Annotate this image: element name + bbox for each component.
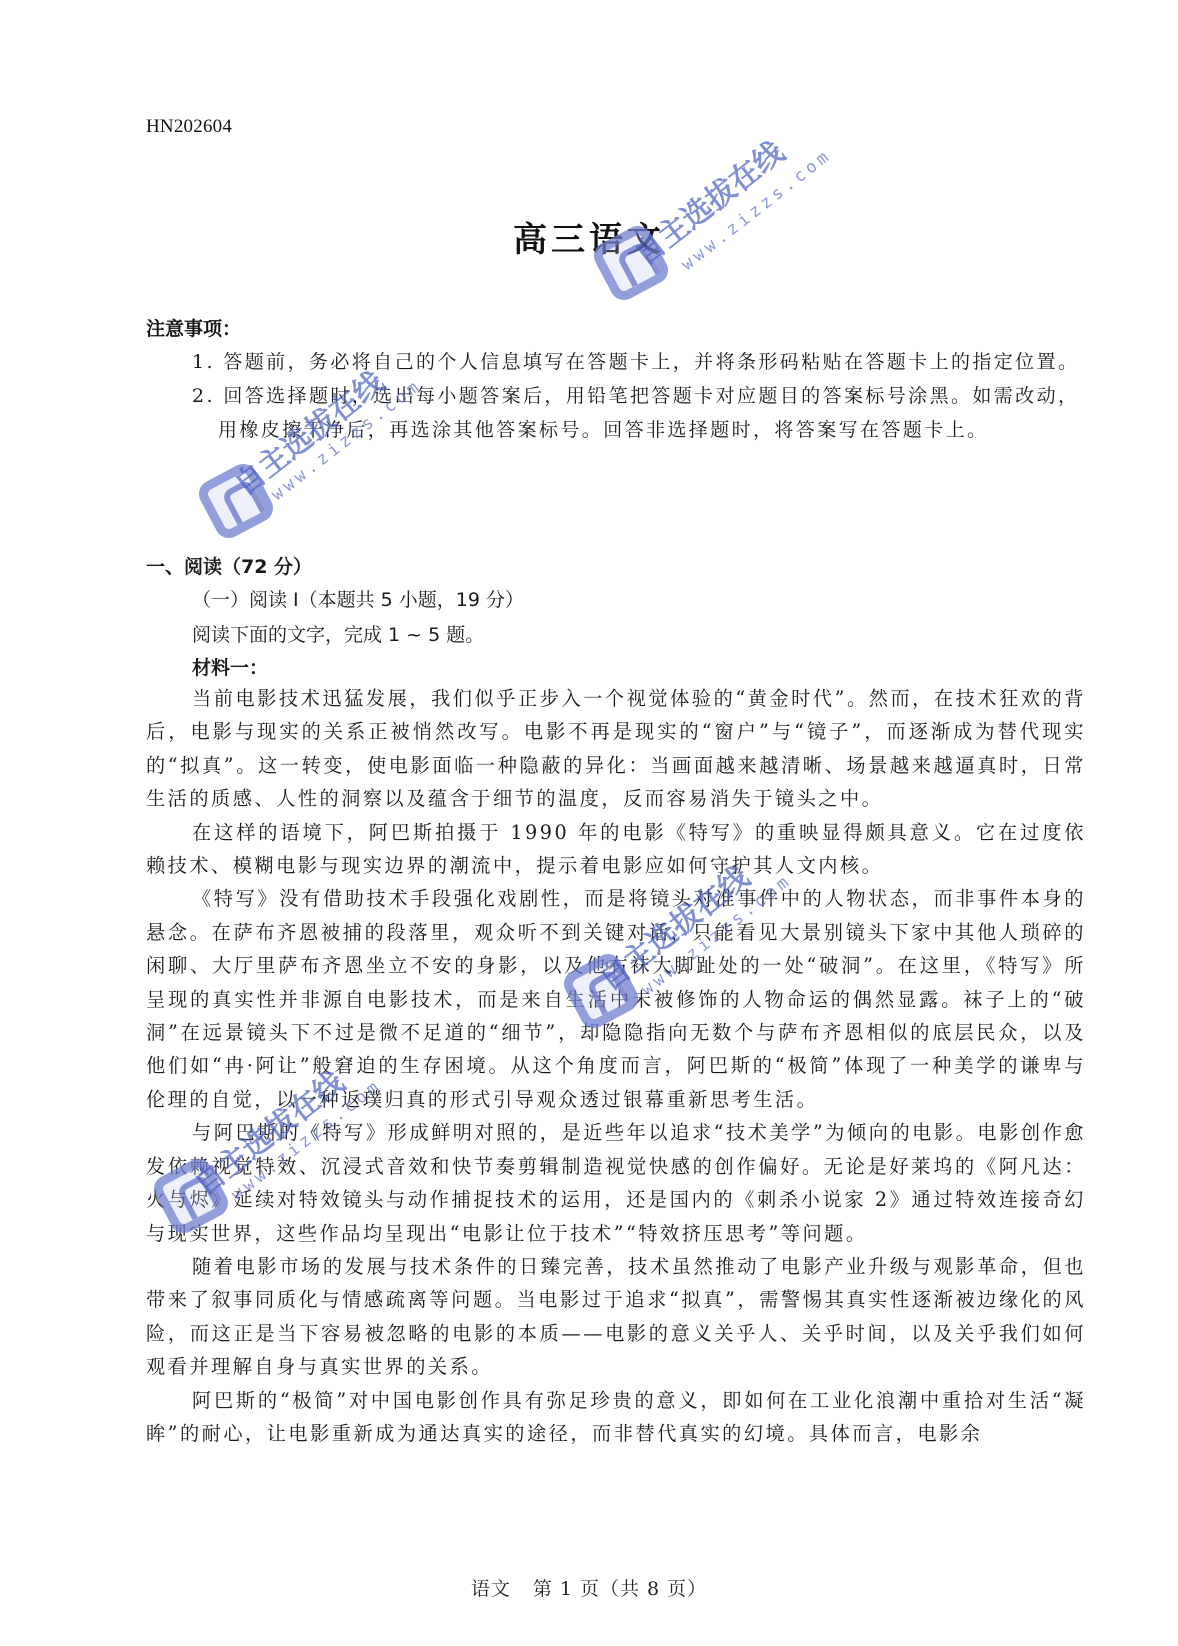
- passage-paragraph: 当前电影技术迅猛发展，我们似乎正步入一个视觉体验的“黄金时代”。然而，在技术狂欢…: [146, 682, 1086, 816]
- page-footer: 语文第 1 页（共 8 页）: [0, 1574, 1178, 1601]
- page-title: 高三语文: [0, 212, 1178, 261]
- passage-paragraph: 《特写》没有借助技术手段强化戏剧性，而是将镜头对准事件中的人物状态，而非事件本身…: [146, 882, 1086, 1116]
- footer-page-info: 第 1 页（共 8 页）: [533, 1578, 707, 1600]
- passage-paragraph: 与阿巴斯的《特写》形成鲜明对照的，是近些年以追求“技术美学”为倾向的电影。电影创…: [146, 1116, 1086, 1250]
- section-instruction: 阅读下面的文字，完成 1 ~ 5 题。: [192, 620, 484, 647]
- material-label: 材料一：: [192, 653, 268, 680]
- section-subheading: （一）阅读 I（本题共 5 小题，19 分）: [192, 585, 524, 612]
- watermark-logo-icon: [205, 470, 267, 532]
- notice-item: 2. 回答选择题时，选出每小题答案后，用铅笔把答题卡对应题目的答案标号涂黑。如需…: [192, 379, 1082, 447]
- reading-passage: 当前电影技术迅猛发展，我们似乎正步入一个视觉体验的“黄金时代”。然而，在技术狂欢…: [146, 682, 1086, 1450]
- notice-heading: 注意事项：: [146, 314, 241, 341]
- passage-paragraph: 在这样的语境下，阿巴斯拍摄于 1990 年的电影《特写》的重映显得颇具意义。它在…: [146, 816, 1086, 883]
- paper-code: HN202604: [146, 116, 232, 138]
- section-heading: 一、阅读（72 分）: [146, 552, 312, 579]
- notice-item: 1. 答题前，务必将自己的个人信息填写在答题卡上，并将条形码粘贴在答题卡上的指定…: [192, 345, 1082, 379]
- passage-paragraph: 随着电影市场的发展与技术条件的日臻完善，技术虽然推动了电影产业升级与观影革命，但…: [146, 1250, 1086, 1384]
- passage-paragraph: 阿巴斯的“极简”对中国电影创作具有弥足珍贵的意义，即如何在工业化浪潮中重拾对生活…: [146, 1384, 1086, 1451]
- footer-subject: 语文: [471, 1578, 511, 1600]
- notice-list: 1. 答题前，务必将自己的个人信息填写在答题卡上，并将条形码粘贴在答题卡上的指定…: [192, 345, 1082, 447]
